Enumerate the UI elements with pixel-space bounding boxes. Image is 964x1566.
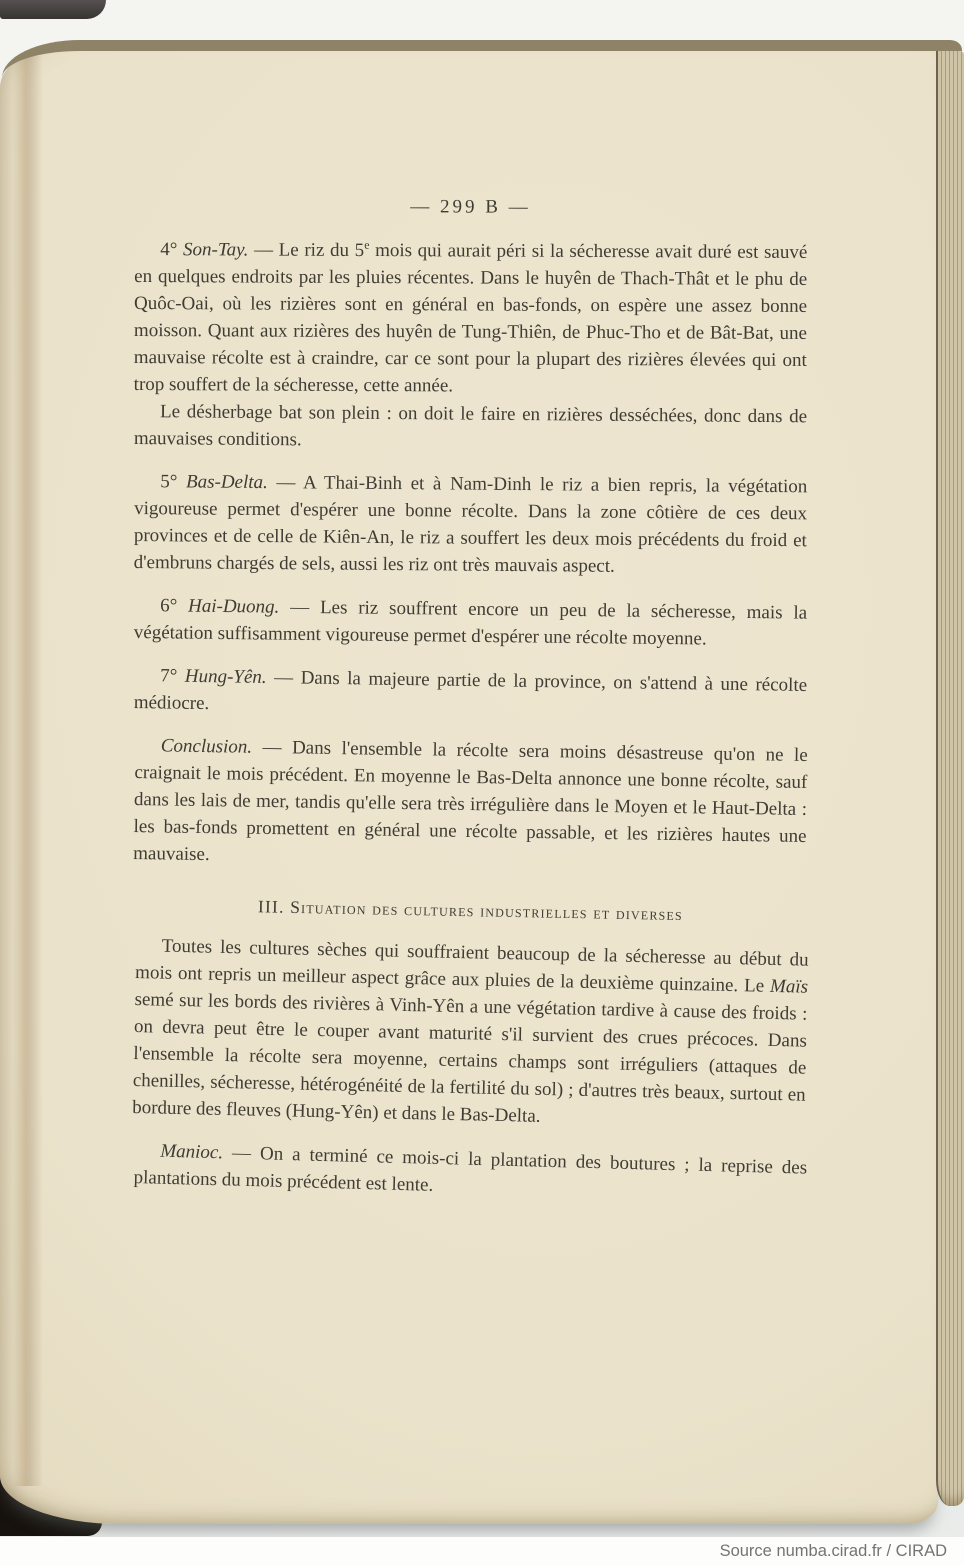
text-run: semé sur les bords des rivières à Vinh-Y… (132, 989, 808, 1127)
text-run: mois qui aurait péri si la sécheresse av… (134, 240, 808, 396)
text-run: Maïs (770, 976, 808, 998)
gutter-shadow (13, 56, 43, 1486)
text-run: Conclusion. (161, 735, 253, 757)
paragraph-manioc: Manioc. — On a terminé ce mois-ci la pla… (133, 1137, 807, 1209)
page-content: — 299 B — 4° Son-Tay. — Le riz du 5e moi… (134, 192, 807, 1191)
attribution-text: Source numba.cirad.fr / CIRAD (720, 1542, 947, 1561)
paragraph-hai-duong: 6° Hai-Duong. — Les riz souffrent encore… (134, 592, 808, 654)
text-run: — On a terminé ce mois-ci la plantation … (133, 1142, 807, 1196)
paragraph-son-tay: 4° Son-Tay. — Le riz du 5e mois qui aura… (134, 236, 808, 401)
text-run: Bas-Delta. (186, 471, 268, 493)
attribution-bar: Source numba.cirad.fr / CIRAD (0, 1537, 964, 1566)
section-heading: III. Situation des cultures industrielle… (134, 891, 807, 930)
text-run: Hung-Yên. (185, 666, 267, 688)
text-run: — Le riz du 5 (248, 239, 364, 261)
page-number: — 299 B — (134, 192, 807, 222)
text-run: Hai-Duong. (188, 596, 280, 618)
book-scan: — 299 B — 4° Son-Tay. — Le riz du 5e moi… (0, 0, 964, 1566)
text-run: 6° (160, 595, 188, 616)
text-run: Son-Tay. (183, 239, 248, 260)
paragraph-conclusion: Conclusion. — Dans l'ensemble la récolte… (133, 732, 808, 877)
paragraph-desherbage: Le désherbage bat son plein : on doit le… (134, 398, 807, 457)
paragraph-cultures-industrielles: Toutes les cultures sèches qui souffraie… (132, 932, 809, 1136)
fore-edge-pages (936, 51, 964, 1506)
page-sheet: — 299 B — 4° Son-Tay. — Le riz du 5e moi… (0, 46, 938, 1524)
text-run: 5° (160, 471, 186, 492)
paragraph-bas-delta: 5° Bas-Delta. — A Thai-Binh et à Nam-Din… (134, 468, 808, 581)
text-run: Manioc. (160, 1141, 223, 1164)
paragraph-hung-yen: 7° Hung-Yên. — Dans la majeure partie de… (134, 662, 808, 726)
text-run: Toutes les cultures sèches qui souffraie… (135, 936, 809, 997)
page-top-edge (2, 40, 962, 82)
text-run: 7° (160, 665, 185, 686)
text-run: 4° (160, 239, 183, 260)
book-headband (0, 0, 106, 19)
text-run: Le désherbage bat son plein : on doit le… (134, 401, 807, 450)
